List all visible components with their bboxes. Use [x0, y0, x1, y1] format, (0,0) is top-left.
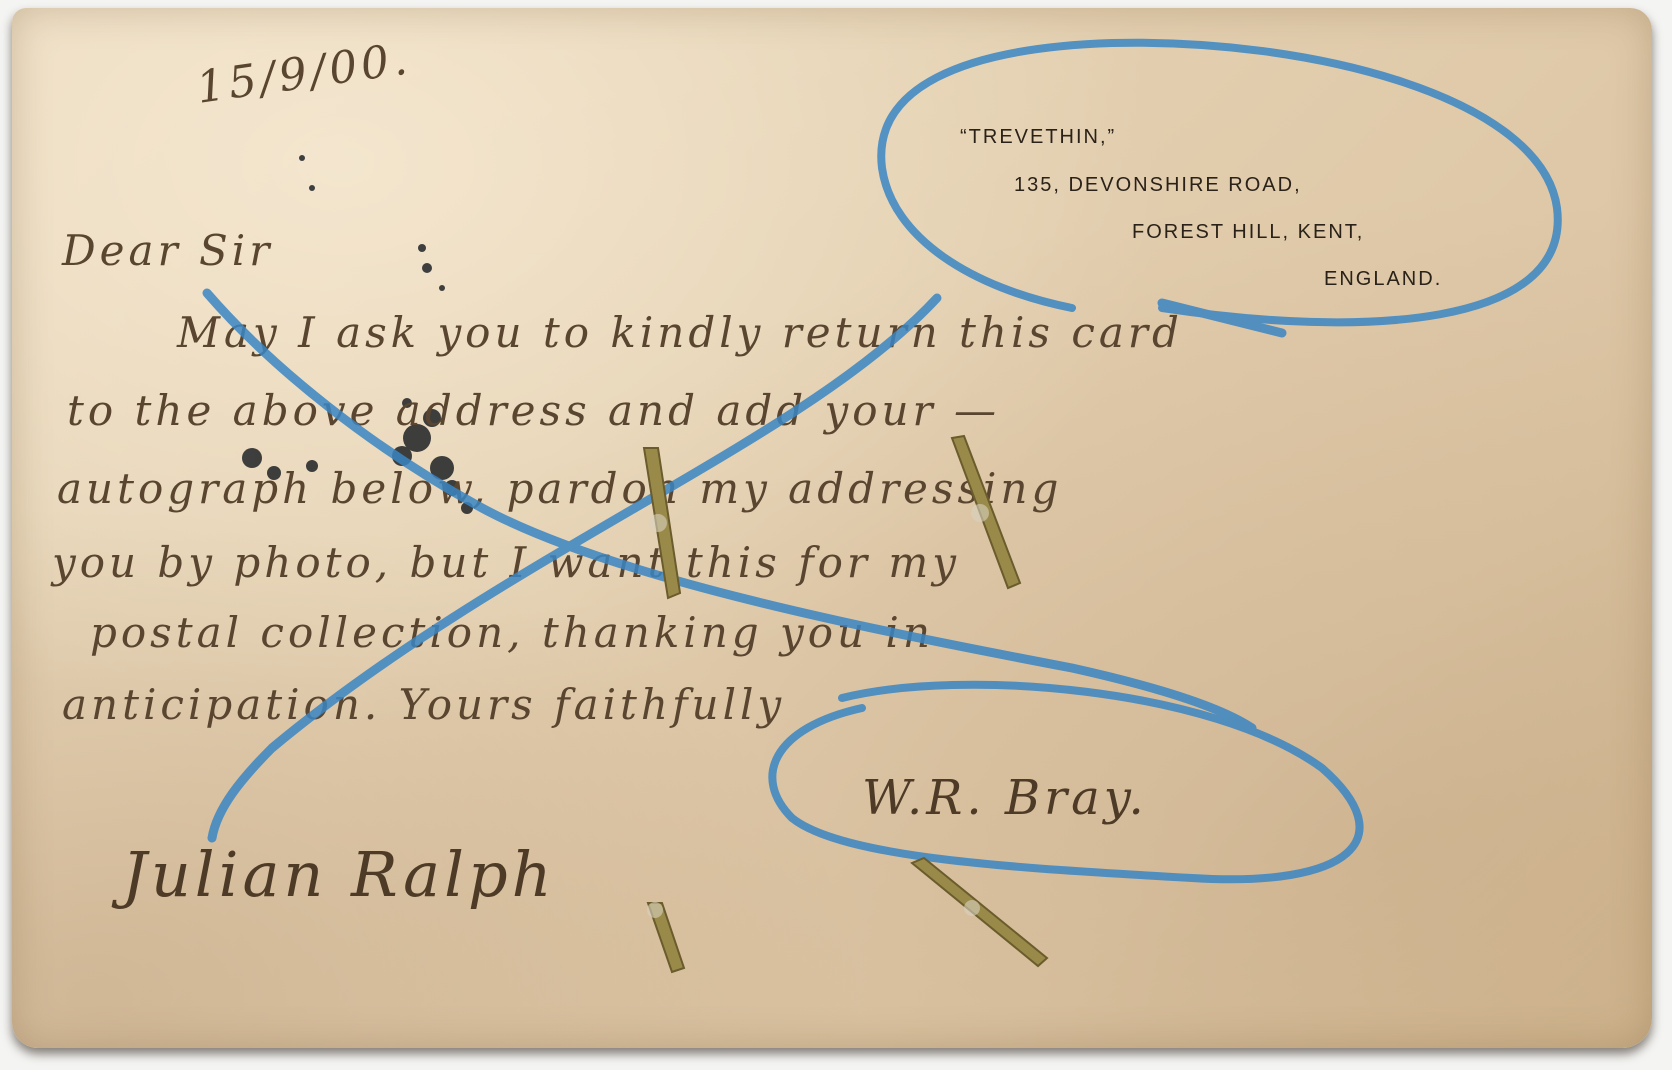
sender-signature: W.R. Bray. [862, 770, 1148, 826]
body-line-3: autograph below, pardon my addressing [57, 464, 1062, 513]
body-line-5: postal collection, thanking you in [90, 608, 934, 657]
body-line-2: to the above address and add your — [67, 386, 1000, 435]
address-street: 135, DEVONSHIRE ROAD, [1014, 174, 1302, 197]
postcard: “TREVETHIN,” 135, DEVONSHIRE ROAD, FORES… [12, 8, 1652, 1048]
autograph-signature: Julian Ralph [122, 838, 556, 911]
address-town: FOREST HILL, KENT, [1132, 221, 1364, 244]
body-line-6: anticipation. Yours faithfully [62, 680, 785, 729]
handwritten-date: 15/9/00. [193, 33, 414, 114]
body-line-1: May I ask you to kindly return this card [177, 308, 1183, 357]
fastener-icon [647, 902, 684, 972]
salutation: Dear Sir [62, 226, 273, 275]
body-line-4: you by photo, but I want this for my [52, 538, 960, 587]
fastener-icon [912, 858, 1047, 966]
address-country: ENGLAND. [1324, 268, 1442, 291]
address-house-name: “TREVETHIN,” [960, 126, 1116, 149]
